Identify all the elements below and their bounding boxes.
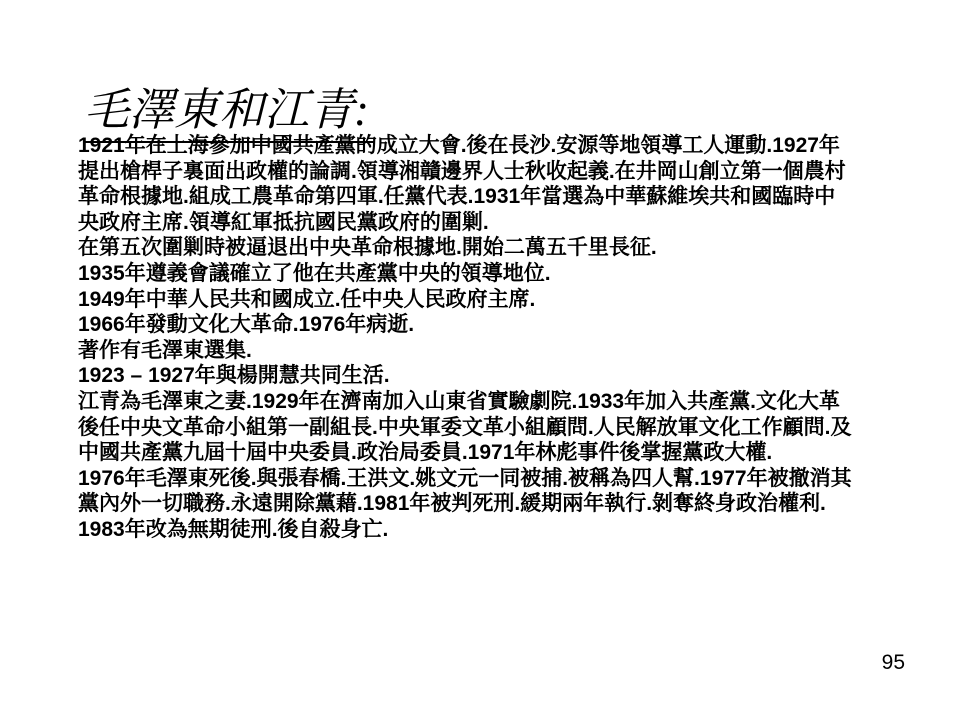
body-line: 1949年中華人民共和國成立.任中央人民政府主席. xyxy=(78,287,934,313)
body-line: 江青為毛澤東之妻.1929年在濟南加入山東省實驗劇院.1933年加入共產黨.文化… xyxy=(78,389,934,415)
body-line: 1935年遵義會議確立了他在共產黨中央的領導地位. xyxy=(78,261,934,287)
body-line: 革命根據地.組成工農革命第四軍.任黨代表.1931年當選為中華蘇維埃共和國臨時中 xyxy=(78,184,934,210)
page-number: 95 xyxy=(882,651,905,675)
body-line: 1976年毛澤東死後.與張春橋.王洪文.姚文元一同被捕.被稱為四人幫.1977年… xyxy=(78,466,934,492)
body-line: 提出槍桿子裏面出政權的論調.領導湘贛邊界人士秋收起義.在井岡山創立第一個農村 xyxy=(78,159,934,185)
body-line: 央政府主席.領導紅軍抵抗國民黨政府的圍剿. xyxy=(78,210,934,236)
body-line: 在第五次圍剿時被逼退出中央革命根據地.開始二萬五千里長征. xyxy=(78,235,934,261)
body-line: 1921年在上海參加中國共產黨的成立大會.後在長沙.安源等地領導工人運動.192… xyxy=(78,133,934,159)
body-line: 1923 – 1927年與楊開慧共同生活. xyxy=(78,363,934,389)
body-line: 黨內外一切職務.永遠開除黨藉.1981年被判死刑.緩期兩年執行.剝奪終身政治權利… xyxy=(78,491,934,517)
slide: 毛澤東和江青: 1921年在上海參加中國共產黨的成立大會.後在長沙.安源等地領導… xyxy=(0,0,960,720)
body-line: 後任中央文革命小組第一副組長.中央軍委文革小組顧問.人民解放軍文化工作顧問.及 xyxy=(78,415,934,441)
body-line: 著作有毛澤東選集. xyxy=(78,338,934,364)
body-line: 中國共產黨九屆十屆中央委員.政治局委員.1971年林彪事件後掌握黨政大權. xyxy=(78,440,934,466)
slide-body: 1921年在上海參加中國共產黨的成立大會.後在長沙.安源等地領導工人運動.192… xyxy=(78,133,934,543)
body-line: 1983年改為無期徒刑.後自殺身亡. xyxy=(78,517,934,543)
body-line: 1966年發動文化大革命.1976年病逝. xyxy=(78,312,934,338)
